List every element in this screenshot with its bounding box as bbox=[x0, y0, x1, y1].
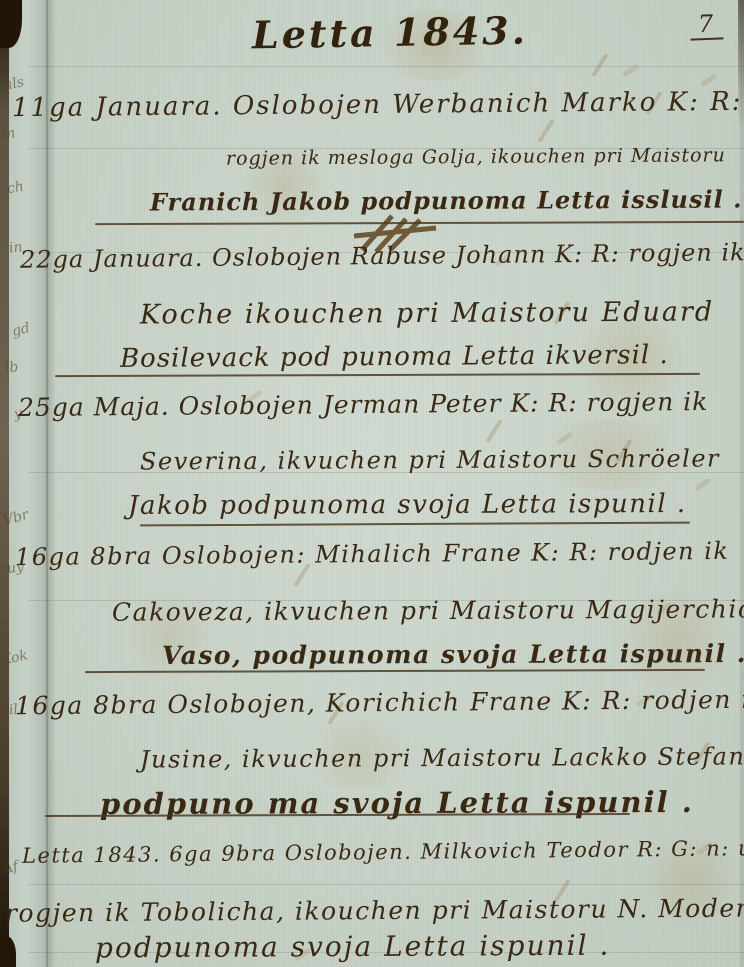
margin-fragment: Af bbox=[2, 859, 20, 878]
gutter-shadow bbox=[46, 0, 56, 967]
margin-fragment: ch bbox=[6, 179, 25, 198]
entry-separator bbox=[140, 522, 690, 527]
entry-6-line-3: podpunoma svoja Letta ispunil . bbox=[95, 929, 610, 965]
entry-4-line-3: Vaso, podpunoma svoja Letta ispunil . bbox=[162, 639, 744, 670]
entry-5-line-1: 16ga 8bra Oslobojen, Korichich Frane K: … bbox=[15, 685, 744, 721]
entry-2-line-2: Koche ikouchen pri Maistoru Eduard bbox=[140, 296, 714, 330]
ghost-stroke bbox=[591, 53, 608, 77]
ghost-stroke bbox=[537, 119, 554, 143]
entry-3-line-2: Severina, ikvuchen pri Maistoru Schröele… bbox=[140, 444, 720, 475]
entry-6-line-1: Letta 1843. 6ga 9bra Oslobojen. Milkovic… bbox=[22, 836, 744, 868]
entry-4-line-1: 16ga 8bra Oslobojen: Mihalich Frane K: R… bbox=[15, 537, 730, 571]
page-edge-shadow bbox=[740, 0, 744, 967]
entry-2-line-3: Bosilevack pod punoma Letta ikversil . bbox=[120, 340, 669, 374]
entry-1-line-2: rogjen ik mesloga Golja, ikouchen pri Ma… bbox=[226, 144, 726, 169]
ghost-stroke bbox=[485, 419, 502, 443]
guide-line bbox=[28, 884, 744, 885]
entry-1-line-1: 11ga Januara. Oslobojen Werbanich Marko … bbox=[12, 87, 743, 123]
ghost-stroke bbox=[700, 74, 717, 88]
ghost-stroke bbox=[694, 478, 711, 492]
entry-3-line-3: Jakob podpunoma svoja Letta ispunil . bbox=[128, 489, 687, 521]
entry-4-line-2: Cakoveza, ikvuchen pri Maistoru Magijerc… bbox=[112, 594, 744, 626]
entry-5-line-2: Jusine, ikvuchen pri Maistoru Lackko Ste… bbox=[140, 742, 744, 773]
entry-3-line-1: 25ga Maja. Oslobojen Jerman Peter K: R: … bbox=[18, 387, 709, 422]
entry-1-line-3: Franich Jakob podpunoma Letta isslusil . bbox=[150, 184, 743, 216]
page-title: Letta 1843. bbox=[252, 8, 529, 58]
margin-fragment: lb bbox=[4, 359, 20, 377]
page-number: 7 bbox=[689, 9, 723, 40]
manuscript-page: als m ch in gd lb y Vbr uy Kok il Af Let… bbox=[0, 0, 744, 967]
entry-2-line-1: 22ga Januara. Oslobojen Rabuse Johann K:… bbox=[20, 238, 744, 274]
binding-edge bbox=[0, 0, 9, 967]
margin-fragment: m bbox=[1, 125, 16, 143]
entry-6-line-2: rogjen ik Tobolicha, ikouchen pri Maisto… bbox=[5, 893, 744, 927]
